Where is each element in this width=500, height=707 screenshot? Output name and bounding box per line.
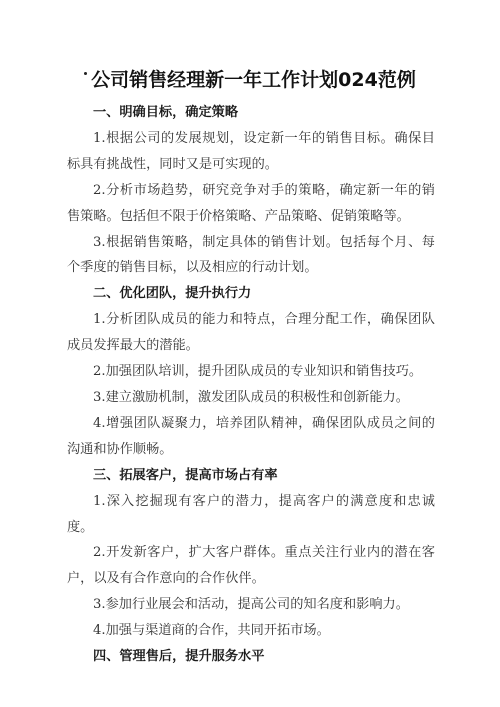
document-page: 公司销售经理新一年工作计划024范例 一、明确目标，确定策略 1.根据公司的发展… — [0, 0, 500, 707]
section-2-item-2: 2.加强团队培训，提升团队成员的专业知识和销售技巧。 — [67, 359, 435, 385]
section-heading-3: 三、拓展客户，提高市场占有率 — [67, 463, 435, 489]
document-body: 一、明确目标，确定策略 1.根据公司的发展规划，设定新一年的销售目标。确保目标具… — [67, 100, 435, 670]
section-1-item-1: 1.根据公司的发展规划，设定新一年的销售目标。确保目标具有挑战性，同时又是可实现… — [67, 126, 435, 178]
section-2-item-3: 3.建立激励机制，激发团队成员的积极性和创新能力。 — [67, 385, 435, 411]
section-1-item-3: 3.根据销售策略，制定具体的销售计划。包括每个月、每个季度的销售目标，以及相应的… — [67, 230, 435, 282]
section-3-item-2: 2.开发新客户，扩大客户群体。重点关注行业内的潜在客户，以及有合作意向的合作伙伴… — [67, 540, 435, 592]
document-title: 公司销售经理新一年工作计划024范例 — [0, 67, 500, 93]
section-2-item-4: 4.增强团队凝聚力，培养团队精神，确保团队成员之间的沟通和协作顺畅。 — [67, 411, 435, 463]
section-3-item-1: 1.深入挖掘现有客户的潜力，提高客户的满意度和忠诚度。 — [67, 489, 435, 541]
section-2-item-1: 1.分析团队成员的能力和特点，合理分配工作，确保团队成员发挥最大的潜能。 — [67, 307, 435, 359]
bullet-dot-icon — [84, 72, 87, 75]
title-text: 公司销售经理新一年工作计划024范例 — [91, 69, 416, 91]
section-3-item-3: 3.参加行业展会和活动，提高公司的知名度和影响力。 — [67, 592, 435, 618]
section-heading-1: 一、明确目标，确定策略 — [67, 100, 435, 126]
section-heading-4: 四、管理售后，提升服务水平 — [67, 644, 435, 670]
section-1-item-2: 2.分析市场趋势，研究竞争对手的策略，确定新一年的销售策略。包括但不限于价格策略… — [67, 178, 435, 230]
section-3-item-4: 4.加强与渠道商的合作，共同开拓市场。 — [67, 618, 435, 644]
section-heading-2: 二、优化团队，提升执行力 — [67, 281, 435, 307]
